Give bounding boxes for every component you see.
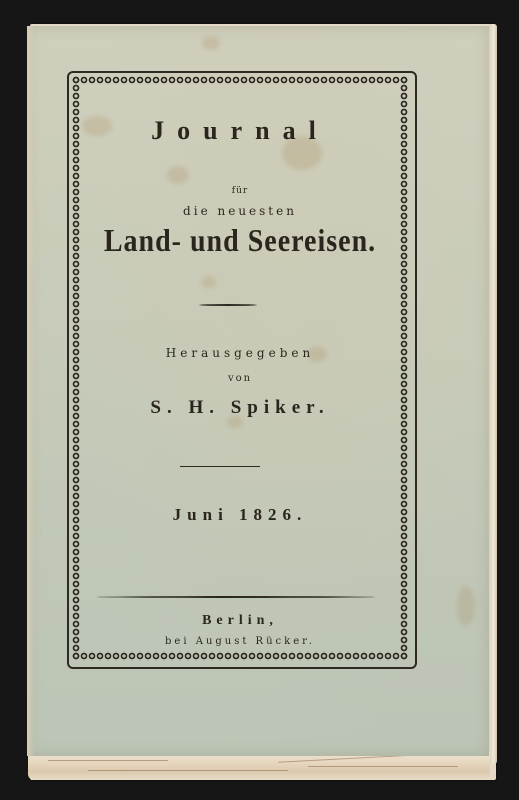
worn-bottom-edge <box>28 752 490 780</box>
title-page-content: Journal für die neuesten Land- und Seere… <box>72 76 408 660</box>
foxing-stain <box>457 586 475 626</box>
journal-cover: Journal für die neuesten Land- und Seere… <box>27 26 489 756</box>
publisher-name: bei August Rücker. <box>72 636 408 647</box>
herausgegeben-text: Herausgegeben <box>72 346 408 360</box>
von-text: von <box>72 373 408 384</box>
foxing-stain <box>202 36 220 50</box>
page-edge-right <box>489 24 497 764</box>
photo-scene: Journal für die neuesten Land- und Seere… <box>0 0 519 800</box>
fuer-text: für <box>72 186 408 196</box>
divider-rule <box>180 466 260 467</box>
issue-date: Juni 1826. <box>72 505 408 525</box>
divider-rule <box>199 304 257 306</box>
publication-place: Berlin, <box>72 613 408 629</box>
journal-subtitle: Land- und Seereisen. <box>72 224 408 261</box>
journal-title: Journal <box>72 116 408 146</box>
die-neuesten-text: die neuesten <box>72 204 408 218</box>
editor-name: S. H. Spiker. <box>72 397 408 419</box>
spine-strip <box>27 26 35 756</box>
divider-rule-long <box>97 596 375 598</box>
